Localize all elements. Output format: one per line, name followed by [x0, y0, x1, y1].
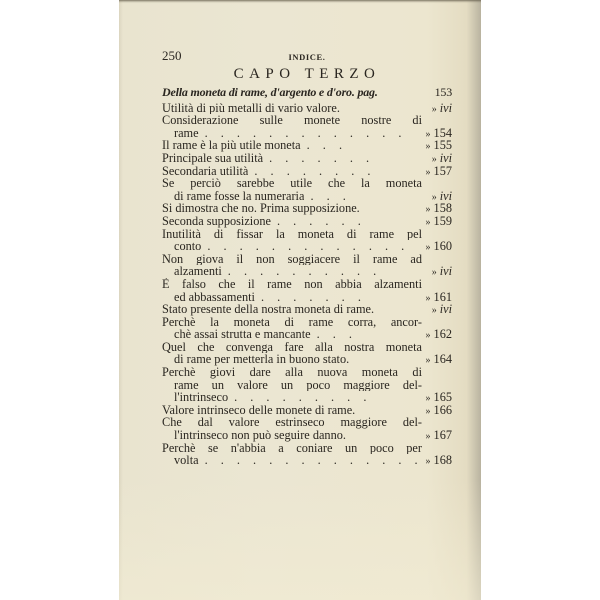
page-reference: »ivi [422, 265, 452, 278]
leader-dots: . . . [307, 139, 422, 152]
index-entry-line: rame un valore un poco maggiore del- [162, 379, 452, 392]
index-entry-text: Il rame è la più utile moneta [162, 139, 301, 152]
ditto-marker: » [426, 393, 431, 404]
index-entry-line: Perchè la moneta di rame corra, ancor- [162, 316, 452, 329]
page-number-ref: 168 [434, 453, 452, 467]
index-entry: Stato presente della nostra moneta di ra… [162, 303, 452, 316]
index-entry: Si dimostra che no. Prima supposizione.»… [162, 202, 452, 215]
index-entry: Perchè se n'abbia a coniare un poco perv… [162, 442, 452, 467]
ditto-marker: » [426, 167, 431, 178]
index-entry-line: Perchè se n'abbia a coniare un poco per [162, 442, 452, 455]
page-reference: »ivi [422, 102, 452, 115]
leader-dots: . . . . . . . . . . . . . . [205, 454, 422, 467]
index-entry-line: Considerazione sulle monete nostre di [162, 114, 452, 127]
leader-dots: . . . . . . . . . . . . . [207, 240, 422, 253]
ditto-marker: » [432, 104, 437, 115]
index-entry: Perchè la moneta di rame corra, ancor-ch… [162, 316, 452, 341]
leader-dots: . . . . . . . . [254, 165, 422, 178]
index-entry: Valore intrinseco delle monete di rame.»… [162, 404, 452, 417]
page-number-ref: 159 [434, 214, 452, 228]
index-entry-text: di rame fosse la numeraria [174, 190, 304, 203]
index-entry-text: l'intrinseco [174, 391, 228, 404]
ditto-marker: » [426, 141, 431, 152]
page-reference: »168 [422, 454, 452, 467]
page-number-ref: ivi [440, 302, 452, 316]
index-entry-line: Quel che convenga fare alla nostra monet… [162, 341, 452, 354]
index-entry: Utilità di più metalli di vario valore.»… [162, 102, 452, 115]
index-entry-text: Considerazione sulle monete nostre di [162, 114, 452, 127]
ditto-marker: » [426, 204, 431, 215]
ditto-marker: » [426, 431, 431, 442]
index-entry: Seconda supposizione. . . . . .»159 [162, 215, 452, 228]
index-entry-text: Inutilità di fissar la moneta di rame pe… [162, 228, 452, 241]
section-heading-page: 153 [430, 86, 452, 99]
ditto-marker: » [426, 330, 431, 341]
index-entry: Principale sua utilità. . . . . . .»ivi [162, 152, 452, 165]
index-entry-text: Seconda supposizione [162, 215, 271, 228]
index-entry-text: di rame per metterla in buono stato. [174, 353, 422, 366]
page-reference: »162 [422, 328, 452, 341]
page-number-ref: 164 [434, 352, 452, 366]
index-entry-text: chè assai strutta e mancante [174, 328, 311, 341]
leader-dots: . . . [310, 190, 422, 203]
index-entry-text: Perchè se n'abbia a coniare un poco per [162, 442, 452, 455]
ditto-marker: » [432, 267, 437, 278]
index-entry-text: volta [174, 454, 199, 467]
page-number-ref: 167 [434, 428, 452, 442]
page-number-ref: ivi [440, 264, 452, 278]
ditto-marker: » [426, 129, 431, 140]
index-content: 250 INDICE. CAPO TERZO Della moneta di r… [162, 50, 452, 467]
index-entry-line: Valore intrinseco delle monete di rame.»… [162, 404, 452, 417]
index-entry-text: Stato presente della nostra moneta di ra… [162, 303, 422, 316]
index-entry-line: Seconda supposizione. . . . . .»159 [162, 215, 452, 228]
index-entry-line: Secondaria utilità. . . . . . . .»157 [162, 165, 452, 178]
index-entry-line: Se perciò sarebbe utile che la moneta [162, 177, 452, 190]
leader-dots: . . . . . . . . . . [228, 265, 422, 278]
index-entry-line: di rame fosse la numeraria. . .»ivi [162, 190, 452, 203]
index-entry: Il rame è la più utile moneta. . .»155 [162, 139, 452, 152]
running-title: INDICE. [162, 51, 452, 64]
page-reference: »160 [422, 240, 452, 253]
page-reference: »164 [422, 353, 452, 366]
ditto-marker: » [426, 456, 431, 467]
section-heading-label: Della moneta di rame, d'argento e d'oro.… [162, 86, 430, 99]
index-entry-line: Utilità di più metalli di vario valore.»… [162, 102, 452, 115]
ditto-marker: » [426, 242, 431, 253]
index-entry-line: È falso che il rame non abbia alzamenti [162, 278, 452, 291]
index-entry-text: ed abbassamenti [174, 291, 255, 304]
index-entry-text: Utilità di più metalli di vario valore. [162, 102, 422, 115]
index-entry: Se perciò sarebbe utile che la monetadi … [162, 177, 452, 202]
index-entry-line: Non giova il non soggiacere il rame ad [162, 253, 452, 266]
index-entry-text: alzamenti [174, 265, 222, 278]
index-entry-line: Principale sua utilità. . . . . . .»ivi [162, 152, 452, 165]
page-number-ref: 162 [434, 327, 452, 341]
running-head: 250 INDICE. [162, 50, 452, 64]
ditto-marker: » [432, 305, 437, 316]
leader-dots: . . . . . . . . . [234, 391, 422, 404]
index-entry: Secondaria utilità. . . . . . . .»157 [162, 165, 452, 178]
index-entry-line: ed abbassamenti. . . . . . .»161 [162, 291, 452, 304]
ditto-marker: » [426, 293, 431, 304]
index-entry-line: volta. . . . . . . . . . . . . .»168 [162, 454, 452, 467]
index-entry-line: l'intrinseco. . . . . . . . .»165 [162, 391, 452, 404]
index-entry-line: conto. . . . . . . . . . . . .»160 [162, 240, 452, 253]
ditto-marker: » [426, 355, 431, 366]
page-reference: »157 [422, 165, 452, 178]
index-entry-text: conto [174, 240, 201, 253]
index-entry-text: Se perciò sarebbe utile che la moneta [162, 177, 452, 190]
index-entry-text: Non giova il non soggiacere il rame ad [162, 253, 452, 266]
leader-dots: . . . . . . . [261, 291, 422, 304]
index-entry-text: Si dimostra che no. Prima supposizione. [162, 202, 422, 215]
index-entry-text: È falso che il rame non abbia alzamenti [162, 278, 452, 291]
ditto-marker: » [426, 406, 431, 417]
index-entry-line: chè assai strutta e mancante. . .»162 [162, 328, 452, 341]
index-entry-line: Si dimostra che no. Prima supposizione.»… [162, 202, 452, 215]
index-entry: Inutilità di fissar la moneta di rame pe… [162, 228, 452, 253]
index-entry-line: di rame per metterla in buono stato.»164 [162, 353, 452, 366]
page-reference: »166 [422, 404, 452, 417]
index-entry-text: l'intrinseco non può seguire danno. [174, 429, 422, 442]
index-entry: Quel che convenga fare alla nostra monet… [162, 341, 452, 366]
leader-dots: . . . . . . [277, 215, 422, 228]
index-entry-line: l'intrinseco non può seguire danno.»167 [162, 429, 452, 442]
index-entry-text: Quel che convenga fare alla nostra monet… [162, 341, 452, 354]
index-entry-text: Perchè giovi dare alla nuova moneta di [162, 366, 452, 379]
index-entry-line: Perchè giovi dare alla nuova moneta di [162, 366, 452, 379]
leader-dots: . . . . . . . [269, 152, 422, 165]
index-entry-text: Perchè la moneta di rame corra, ancor- [162, 316, 452, 329]
index-entry-text: rame [174, 127, 199, 140]
index-entry-line: Inutilità di fissar la moneta di rame pe… [162, 228, 452, 241]
index-entries: Utilità di più metalli di vario valore.»… [162, 102, 452, 467]
index-entry-line: rame. . . . . . . . . . . . .»154 [162, 127, 452, 140]
page-reference: »ivi [422, 303, 452, 316]
page-number-ref: 160 [434, 239, 452, 253]
page-number-ref: 157 [434, 164, 452, 178]
book-page: 250 INDICE. CAPO TERZO Della moneta di r… [119, 0, 481, 600]
leader-dots: . . . [317, 328, 422, 341]
ditto-marker: » [426, 217, 431, 228]
section-heading: Della moneta di rame, d'argento e d'oro.… [162, 86, 452, 99]
index-entry: È falso che il rame non abbia alzamentie… [162, 278, 452, 303]
index-entry-line: Stato presente della nostra moneta di ra… [162, 303, 452, 316]
index-entry-line: Che dal valore estrinseco maggiore del- [162, 416, 452, 429]
chapter-title: CAPO TERZO [162, 68, 452, 86]
index-entry-text: Secondaria utilità [162, 165, 248, 178]
page-number-ref: 166 [434, 403, 452, 417]
index-entry-text: rame un valore un poco maggiore del- [174, 379, 452, 392]
index-entry: Che dal valore estrinseco maggiore del-l… [162, 416, 452, 441]
index-entry-text: Valore intrinseco delle monete di rame. [162, 404, 422, 417]
page-reference: »167 [422, 429, 452, 442]
page-reference: »159 [422, 215, 452, 228]
leader-dots: . . . . . . . . . . . . . [205, 127, 422, 140]
page-number-ref: ivi [440, 101, 452, 115]
index-entry: Perchè giovi dare alla nuova moneta dira… [162, 366, 452, 404]
index-entry-line: alzamenti. . . . . . . . . .»ivi [162, 265, 452, 278]
index-entry-line: Il rame è la più utile moneta. . .»155 [162, 139, 452, 152]
index-entry-text: Principale sua utilità [162, 152, 263, 165]
index-entry: Non giova il non soggiacere il rame adal… [162, 253, 452, 278]
index-entry-text: Che dal valore estrinseco maggiore del- [162, 416, 452, 429]
index-entry: Considerazione sulle monete nostre diram… [162, 114, 452, 139]
